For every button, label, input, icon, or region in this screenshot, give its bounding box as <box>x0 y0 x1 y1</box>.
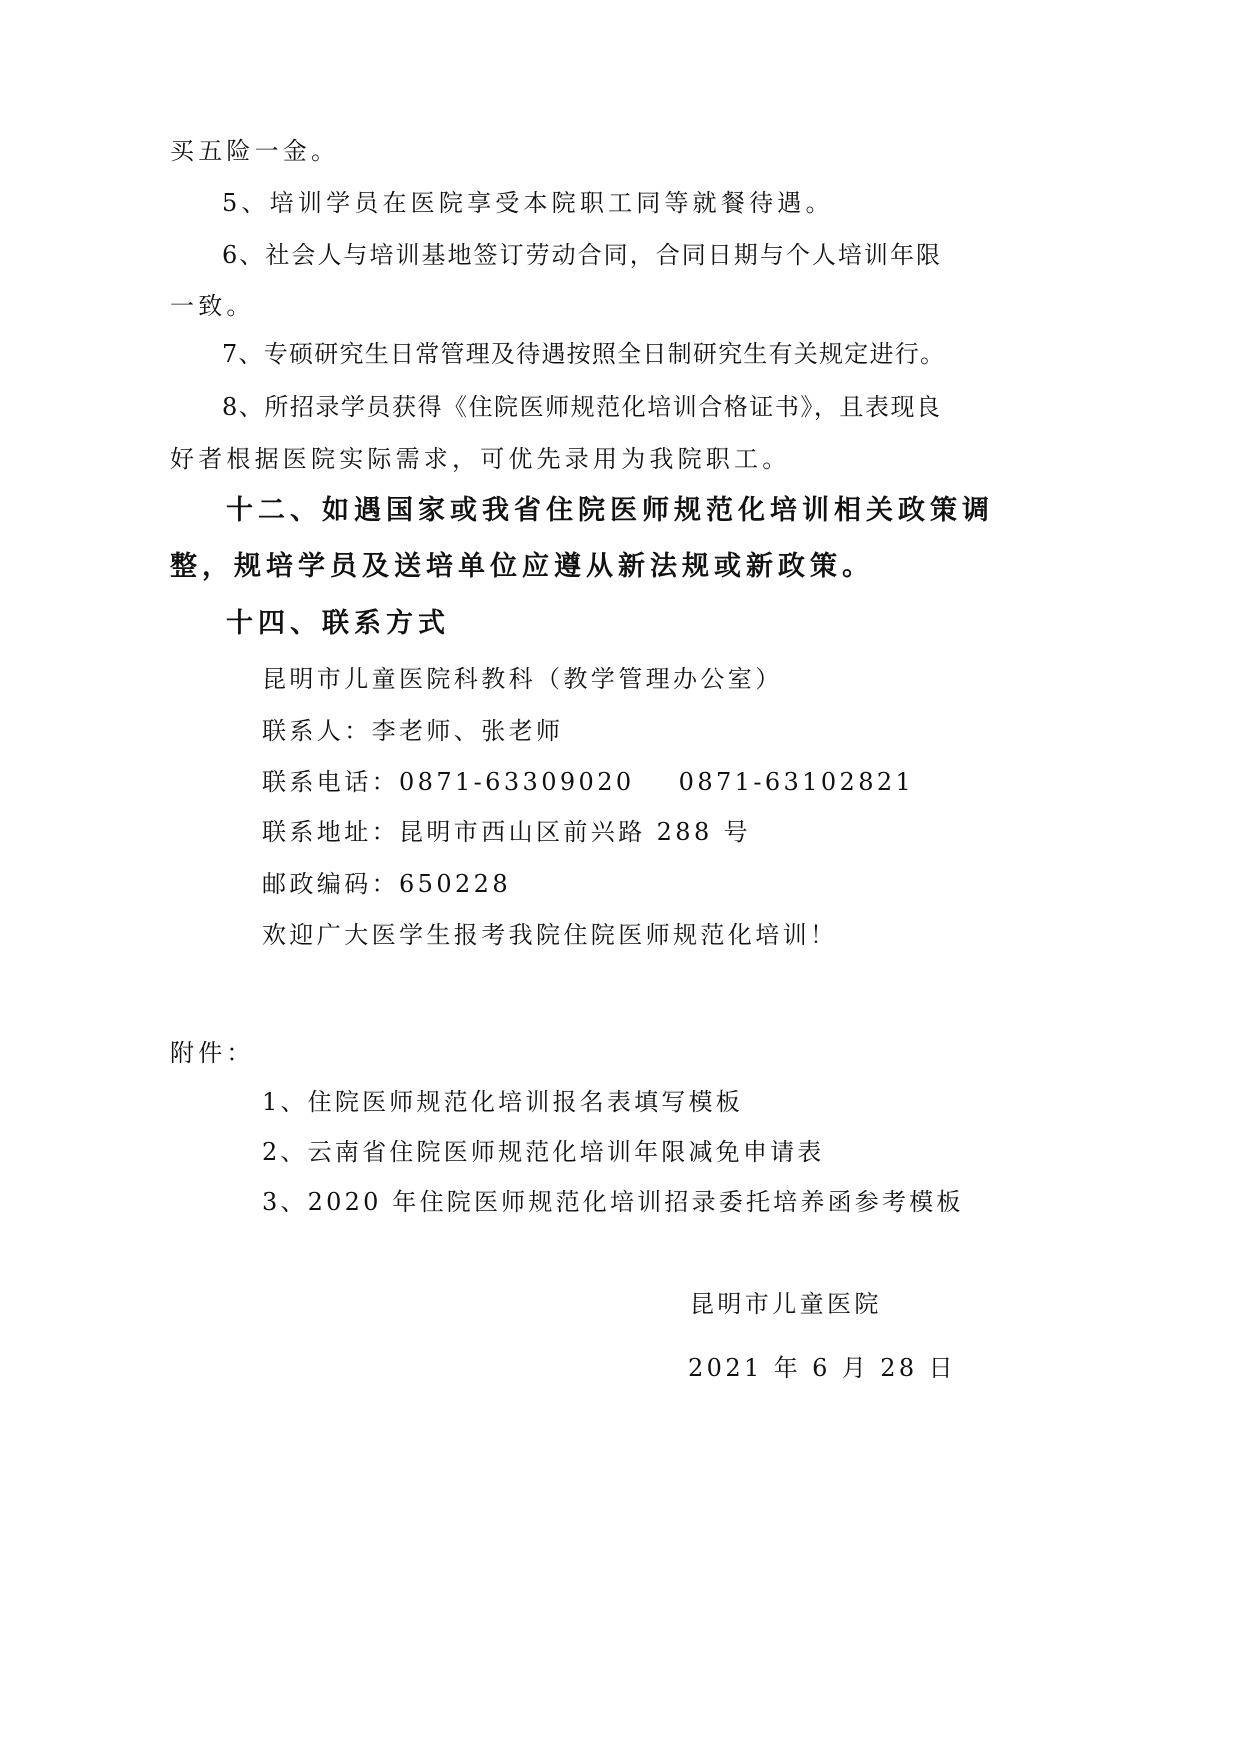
contact-address: 联系地址：昆明市西山区前兴路 288 号 <box>262 817 1042 847</box>
signature-organization: 昆明市儿童医院 <box>690 1289 1241 1319</box>
welcome-message: 欢迎广大医学生报考我院住院医师规范化培训！ <box>262 920 1042 950</box>
signature-date: 2021 年 6 月 28 日 <box>688 1353 1241 1383</box>
paragraph-item-8-line1: 8、所招录学员获得《住院医师规范化培训合格证书》，且表现良 <box>222 392 940 422</box>
paragraph-insurance-continuation: 买五险一金。 <box>170 136 950 166</box>
contact-person: 联系人：李老师、张老师 <box>262 716 1042 746</box>
section-12-line2: 整，规培学员及送培单位应遵从新法规或新政策。 <box>170 552 950 582</box>
paragraph-item-8-line2: 好者根据医院实际需求，可优先录用为我院职工。 <box>170 444 950 474</box>
attachments-label: 附件： <box>170 1038 950 1068</box>
attachment-item-3: 3、2020 年住院医师规范化培训招录委托培养函参考模板 <box>262 1187 1042 1217</box>
section-12-line1: 十二、如遇国家或我省住院医师规范化培训相关政策调 <box>226 496 944 526</box>
paragraph-item-7: 7、专硕研究生日常管理及待遇按照全日制研究生有关规定进行。 <box>222 339 944 369</box>
attachment-item-1: 1、住院医师规范化培训报名表填写模板 <box>262 1087 1042 1117</box>
paragraph-item-5: 5、培训学员在医院享受本院职工同等就餐待遇。 <box>222 188 1002 218</box>
contact-department: 昆明市儿童医院科教科（教学管理办公室） <box>262 664 1042 694</box>
section-14-heading: 十四、联系方式 <box>226 609 1006 639</box>
paragraph-item-6-line1: 6、社会人与培训基地签订劳动合同，合同日期与个人培训年限 <box>222 240 940 270</box>
paragraph-item-6-line2: 一致。 <box>170 291 950 321</box>
attachment-item-2: 2、云南省住院医师规范化培训年限减免申请表 <box>262 1137 1042 1167</box>
contact-postal-code: 邮政编码：650228 <box>262 869 1042 899</box>
contact-phone: 联系电话：0871-63309020 0871-63102821 <box>262 767 1042 797</box>
document-page: 买五险一金。 5、培训学员在医院享受本院职工同等就餐待遇。 6、社会人与培训基地… <box>0 0 1241 1755</box>
